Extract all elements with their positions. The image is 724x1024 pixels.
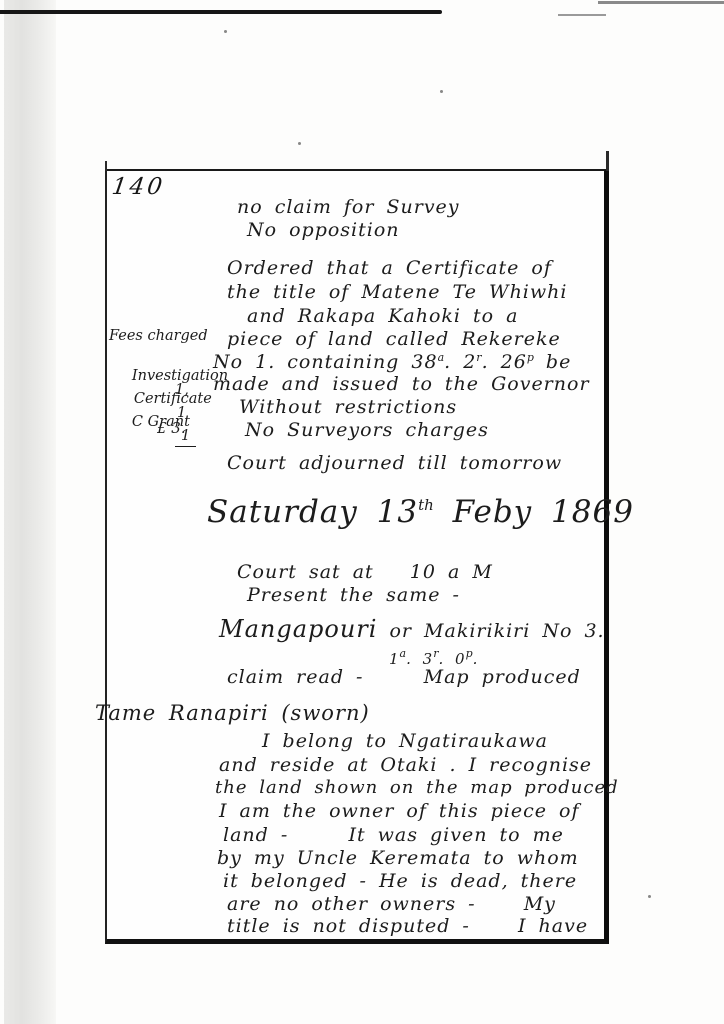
line-ordered-certificate: Ordered that a Certificate of [227, 259, 552, 278]
line-title-matene-te-whiwhi: the title of Matene Te Whiwhi [227, 283, 567, 302]
line-he-is-dead: it belonged - He is dead, there [223, 872, 577, 891]
ordinal-superscript: th [418, 496, 434, 514]
perches-superscript: p [527, 351, 534, 364]
line-present-the-same: Present the same - [247, 586, 460, 605]
date-heading: Saturday 13th Feby 1869 [207, 497, 634, 528]
line-owner-of-piece: I am the owner of this piece of [219, 802, 580, 821]
area-text: . 2 [444, 351, 476, 373]
line-belong-ngatiraukawa: I belong to Ngatiraukawa [262, 732, 548, 751]
line-land-shown-on-map: the land shown on the map produced [215, 779, 619, 797]
line-no-claim-for-survey: no claim for Survey [237, 198, 460, 217]
scan-speck [648, 895, 651, 898]
scanned-manuscript-page: 140 Fees charged Investigation 1, Certif… [0, 0, 724, 1024]
line-area-1-3-0: 1a. 3r. 0p. [389, 648, 478, 667]
area-text: No 1. containing 38 [213, 351, 438, 373]
manuscript-page-border: 140 Fees charged Investigation 1, Certif… [105, 169, 609, 944]
heading-text: Saturday 13 [207, 494, 418, 530]
scan-speck [224, 30, 227, 33]
line-rakapa-kahoki: and Rakapa Kahoki to a [247, 307, 518, 326]
case-alias: or Makirikiri No 3. [377, 620, 604, 642]
line-no-surveyors-charges: No Surveyors charges [245, 421, 489, 440]
line-claim-read-map-produced: claim read - Map produced [227, 668, 581, 687]
line-no-other-owners: are no other owners - My [227, 895, 556, 914]
line-given-to-me: land - It was given to me [223, 826, 564, 845]
scan-gutter-shadow [4, 0, 56, 1024]
scan-speck [298, 142, 301, 145]
heading-text: Feby 1869 [434, 494, 634, 530]
line-uncle-keremata: by my Uncle Keremata to whom [217, 849, 579, 868]
fees-title: Fees charged [109, 329, 208, 344]
scan-artifact-top-line-right [598, 1, 724, 4]
witness-name-sworn: Tame Ranapiri (sworn) [95, 703, 370, 724]
line-court-sat-at-10: Court sat at 10 a M [237, 563, 493, 582]
line-reside-at-otaki: and reside at Otaki . I recognise [219, 756, 592, 775]
scan-artifact-top-line [0, 10, 442, 14]
case-title-mangapouri: Mangapouri or Makirikiri No 3. [219, 617, 605, 641]
line-title-not-disputed: title is not disputed - I have [227, 917, 588, 936]
fees-total: £ 3. [157, 421, 186, 436]
perches-superscript: p [466, 647, 473, 660]
line-without-restrictions: Without restrictions [239, 398, 457, 417]
line-issued-to-governor: made and issued to the Governor [213, 375, 590, 394]
scan-speck [440, 90, 443, 93]
scan-artifact-top-line-mid [558, 14, 606, 16]
line-no-opposition: No opposition [247, 221, 400, 240]
area-text: . 26 [482, 351, 527, 373]
page-number: 140 [110, 174, 167, 200]
line-court-adjourned: Court adjourned till tomorrow [227, 454, 562, 473]
line-land-called-rekereke: piece of land called Rekereke [227, 330, 561, 349]
case-name: Mangapouri [219, 615, 377, 643]
line-area-38-2-26: No 1. containing 38a. 2r. 26p be [213, 352, 571, 372]
area-text: be [534, 351, 571, 373]
